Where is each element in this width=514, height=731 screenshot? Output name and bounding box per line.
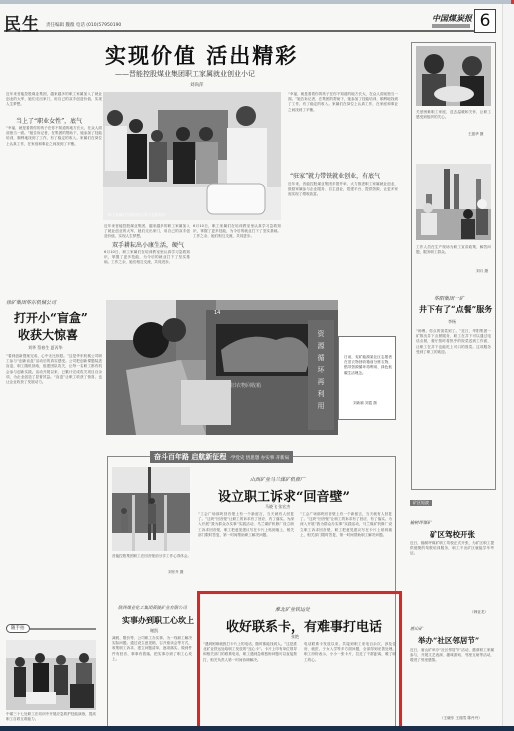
lead-intro-text: 近年来晋能控股煤业集团，越来越多的职工家属加入了就业创业的大军，她们走出家门，用… <box>6 92 102 114</box>
right-story1-kicker: 华阳集团一矿 <box>434 295 464 302</box>
right-photo-1-caption: 关爱困难职工家庭，送去温暖和关怀，让职工感受到组织的关心。 <box>416 110 491 134</box>
recycling-caption-box: 日前，兖矿能源某社区志愿者在旧衣物回收箱前分拣衣物，倡导资源循环再利用、绿色低碳… <box>338 336 396 420</box>
left-article-headline-2: 收获大惊喜 <box>18 326 78 343</box>
bin-label: 旧衣物回收箱 <box>231 382 261 389</box>
right-story1-headline: 井下有了“点餐”服务 <box>419 304 492 315</box>
main-story-text-col2: “工会广场那块回音壁上有一个新留言，当天就有人回复了。”这块“回音壁”让职工的诉… <box>300 512 392 587</box>
right-photo-2-credit: 刘月 摄 <box>476 269 488 274</box>
feature-banner: 奋斗百年路 启航新征程·学党史 悟思想 办实事 开新局 <box>150 451 293 463</box>
right-story2-headline: 矿区驾校开张 <box>430 529 475 540</box>
right-story3-headline: 举办“社区邻居节” <box>418 635 479 646</box>
lead-section2-text: 6月10日，职工家属们在培训教室里认真学习急救知识，掌握了更多技能，为今后的就业… <box>104 250 190 280</box>
page-number: 6 <box>474 9 496 33</box>
lead-col4-text: “幸福，就是看着你的孩子在你不知道的地方长大，在众人面前独当一面。”她告诉记者，… <box>288 92 398 148</box>
clothing-recycling-bin-photo-icon <box>106 300 338 435</box>
viewer-bottom-bar <box>0 726 514 731</box>
highlight-box[interactable] <box>197 591 402 726</box>
family-meal-photo-icon <box>416 46 491 106</box>
snapshot-tag: 随手拍 <box>6 624 30 633</box>
echo-wall-photo-icon <box>112 467 190 551</box>
right-story3-credit: （王晓东 王瑞雪 陈丹丹） <box>440 716 482 721</box>
lead-section2-title: 双手耕耘出小康生活，硬气 <box>112 240 184 249</box>
lead-col3-text: 6月10日，职工家属们在培训教室里认真学习急救知识，掌握了更多技能，为今后的就业… <box>193 224 281 280</box>
left-article-byline: 刘华 蔡春生 夏丙华 <box>28 345 63 351</box>
right-story2-kicker: 榆树坪煤矿 <box>410 520 431 526</box>
recycling-photo: 14 旧衣物回收箱 资 源 循 环 再 利 用 <box>106 300 338 435</box>
snapshot-caption: 中煤三十七处职工在培训中开展应急救护技能演练，提高职工自救互救能力。 <box>6 712 96 726</box>
recycling-credit: 刘新颖 刘霞 摄 <box>353 401 377 406</box>
left-article-kicker: 徐矿集团华东机械公司 <box>6 299 56 306</box>
lead-photo <box>103 92 281 220</box>
right-photo-1-credit: 王振华 摄 <box>468 132 484 137</box>
right-photo-1 <box>416 46 491 106</box>
right-story1-text: “师傅，你点的饭菜到了。”近日，华阳集团一矿推出井下点餐服务，职工在井下可以通过… <box>416 329 491 484</box>
echo-wall-photo <box>112 467 190 551</box>
lead-headline: 实现价值 活出精彩 <box>105 40 305 70</box>
lead-section-text: “幸福，就是看着你的孩子在你不知道的地方长大，在众人面前独当一面。”她告诉记者，… <box>6 126 102 286</box>
lead-subheadline: ——晋能控股煤业集团职工家属就业创业小记 <box>115 69 255 79</box>
lead-continue-text: 近年来晋能控股煤业集团，越来越多的职工家属加入了就业创业的大军，她们走出家门，用… <box>104 224 190 238</box>
lead-section3-title: “驻家”就力带铁就业创业，有底气 <box>290 171 380 180</box>
main-story-byline: 马晓飞 张宏杰 <box>265 504 290 510</box>
bin-vertical-text: 资 源 循 环 再 利 用 <box>313 328 329 412</box>
section-title: 民生 <box>4 10 40 35</box>
bin-number: 14 <box>214 310 220 316</box>
first-aid-drill-photo-icon <box>6 640 96 710</box>
right-photo-2-caption: 工作人员在生产现场为职工宣讲政策，解答问题，服务职工群众。 <box>416 245 491 269</box>
right-story3-text: 近日，唐山矿举办“社区邻居节”活动，邀请职工家属参与，开展文艺表演、趣味游戏、邻… <box>410 648 494 716</box>
snapshot-tag-rule <box>30 628 96 630</box>
training-photo-icon <box>103 92 281 220</box>
main-story-text-col1: “工会广场那块回音壁上有一个新留言，当天就有人回复了。”这块“回音壁”让职工的诉… <box>198 512 294 587</box>
feature-banner-subtitle: ·学党史 悟思想 办实事 开新局 <box>229 456 289 461</box>
masthead: 民生 责任编辑 魏薇 电话 (010)57950190 中国煤炭报 6 <box>4 10 494 32</box>
editor-line: 责任编辑 魏薇 电话 (010)57950190 <box>46 22 121 28</box>
right-story1-byline: 李杨 <box>448 319 456 325</box>
side-story-headline: 实事办到职工心坎上 <box>122 615 194 626</box>
lead-section3-text: 近年来，晋能控股煤业集团多措并举，大力推进职工家属就业创业，鼓励家属参与企业服务… <box>288 182 398 282</box>
echo-wall-photo-credit: 刘东升 摄 <box>168 570 184 575</box>
side-story-byline: 谢凯 <box>150 628 158 634</box>
feature-banner-title: 奋斗百年路 启航新征程 <box>154 453 226 461</box>
left-article-headline-1: 打开小“盲盒” <box>14 309 88 326</box>
right-story2-text: 近日，榆树坪煤矿职工驾校正式开张，为矿区职工提供便捷的驾驶培训服务，职工不出矿区… <box>410 541 494 609</box>
snapshot-photo <box>6 640 96 710</box>
news-brief-tag: 矿区短波 <box>410 500 432 506</box>
viewer-scrollbar[interactable] <box>502 4 514 726</box>
right-photo-2 <box>416 164 491 240</box>
left-article-text: “看到创新提案完成，心中无比欣慰。”这是华东机械公司职工参与“创新盲盒”活动后的… <box>6 354 102 609</box>
right-story2-credit: （韩亚龙） <box>470 610 488 615</box>
side-story-kicker: 陕西煤业化工集团黄陵矿业有限公司 <box>118 605 187 611</box>
lead-section-title: 当上了“职业女性”，底气 <box>16 116 82 125</box>
paper-logo: 中国煤炭报 <box>432 13 472 24</box>
lead-photo-caption: 职工家属们在培训中心学习急救知识 <box>108 213 188 219</box>
main-story-kicker: 山西矿业马兰煤矿机修厂 <box>250 476 305 483</box>
main-story-headline: 设立职工诉求“回音壁” <box>218 486 350 505</box>
recycling-caption: 日前，兖矿能源某社区志愿者在旧衣物回收箱前分拣衣物，倡导资源循环再利用、绿色低碳… <box>344 355 392 397</box>
industrial-site-photo-icon <box>416 164 491 240</box>
right-story3-kicker: 唐山矿 <box>410 626 423 632</box>
lead-byline: 刘尚萍 <box>190 82 204 88</box>
paper-logo-subtitle <box>432 24 470 28</box>
newspaper-page: 民生 责任编辑 魏薇 电话 (010)57950190 中国煤炭报 6 实现价值… <box>0 4 502 726</box>
side-story-text: 减税、限价等、公司职工办实事，为一线职工解决实际问题。通过设立意见箱、召开座谈会… <box>112 636 192 726</box>
